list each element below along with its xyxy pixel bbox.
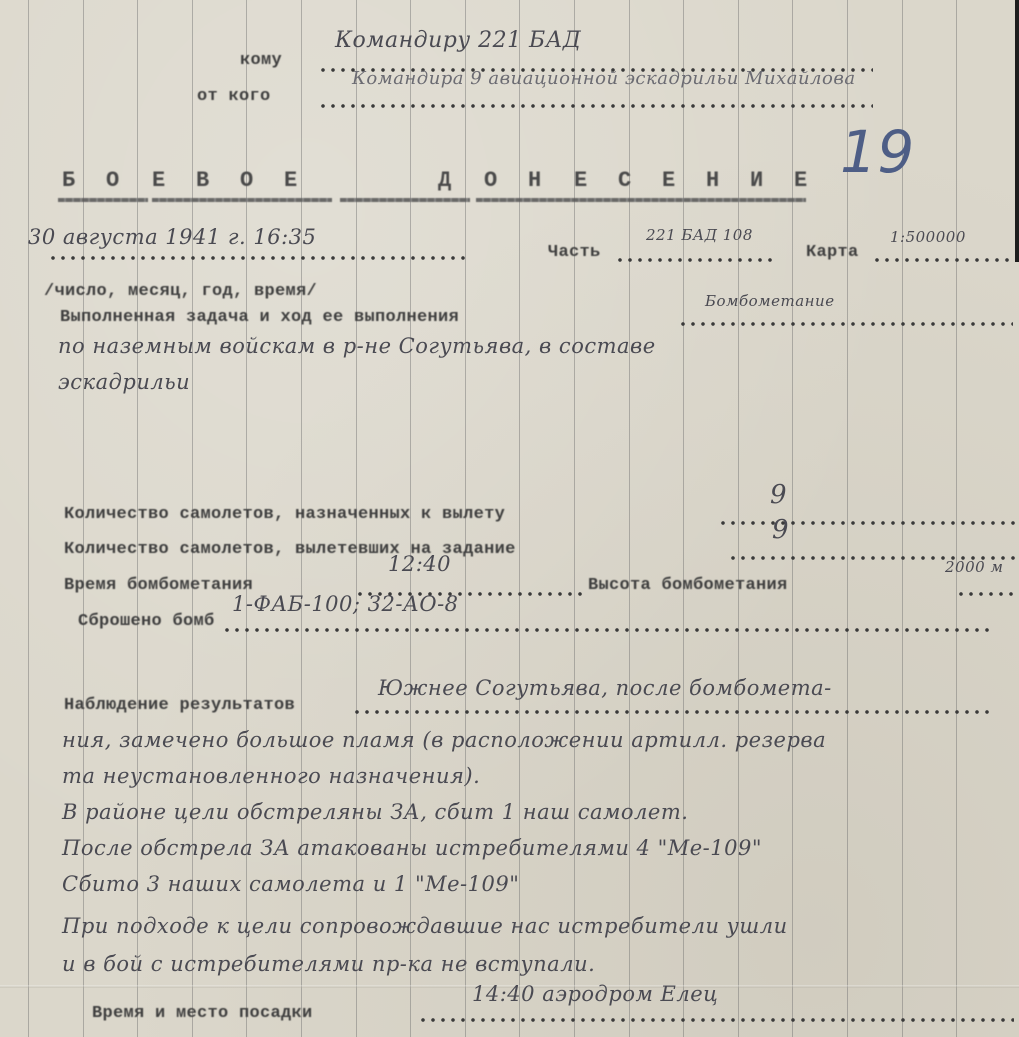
map-label: Карта [806,243,859,262]
task-value-line: по наземным войскам в р-не Согутьява, в … [58,334,656,358]
title-letter: Н [528,168,541,193]
title-letter: Д [438,168,451,193]
field-value: 9 [772,515,789,545]
unit-value: 221 БАД 108 [646,226,753,244]
bomb-time-value: 12:40 [388,552,451,576]
date-caption: /число, месяц, год, время/ [44,282,317,301]
observation-dots [352,710,992,714]
date-dots [48,256,466,260]
observation-label: Наблюдение результатов [64,696,295,715]
observation-line: и в бой с истребителями пр-ка не вступал… [62,952,595,976]
field-dots [718,521,1016,525]
landing-dots [418,1018,1014,1022]
ruled-line [629,0,630,1037]
map-value: 1:500000 [890,228,966,246]
observation-line: В районе цели обстреляны ЗА, сбит 1 наш … [62,800,688,824]
task-label: Выполненная задача и ход ее выполнения [60,308,459,327]
title-underline [152,198,332,202]
title-underline [58,198,148,202]
observation-line: После обстрела ЗА атакованы истребителям… [62,836,762,860]
bomb-altitude-dots [956,592,1016,596]
title-letter: О [484,168,497,193]
bombs-dropped-value: 1-ФАБ-100; 32-АО-8 [232,592,459,616]
landing-label: Время и место посадки [92,1004,313,1023]
field-label: Количество самолетов, назначенных к выле… [64,505,505,524]
ruled-line [683,0,684,1037]
bomb-altitude-label: Высота бомбометания [588,576,788,595]
title-letter: Е [794,168,807,193]
title-underline [340,198,470,202]
scan-edge [1015,0,1019,262]
from-label: от кого [197,87,271,106]
title-letter: О [106,168,119,193]
ruled-line [574,0,575,1037]
title-letter: И [750,168,763,193]
title-letter: Е [284,168,297,193]
title-letter: Е [574,168,587,193]
title-letter: Н [706,168,719,193]
title-letter: С [618,168,631,193]
observation-line: Южнее Согутьява, после бомбомета- [378,676,832,700]
title-letter: Б [62,168,75,193]
bomb-time-label: Время бомбометания [64,576,253,595]
page-number: 19 [840,118,915,186]
ruled-line [956,0,957,1037]
to-label: кому [240,51,282,70]
observation-line: При подходе к цели сопровождавшие нас ис… [62,914,788,938]
from-dots [318,104,873,108]
unit-dots [615,258,775,262]
unit-label: Часть [548,243,601,262]
task-value-line: эскадрильи [58,370,190,394]
task-value-line: Бомбометание [705,292,835,310]
observation-line: та неустановленного назначения). [62,764,480,788]
title-letter: О [240,168,253,193]
ruled-line [738,0,739,1037]
title-letter: Е [662,168,675,193]
from-value: Командира 9 авиационной эскадрильи Михай… [352,68,856,89]
bombs-dropped-dots [222,628,994,632]
field-value: 9 [770,480,787,510]
task-dots [678,322,1013,326]
landing-value: 14:40 аэродром Елец [472,982,718,1006]
bombs-dropped-label: Сброшено бомб [78,612,215,631]
title-underline [476,198,806,202]
ruled-line [792,0,793,1037]
map-dots [872,258,1012,262]
bomb-altitude-value: 2000 м [945,558,1003,576]
title-letter: В [196,168,209,193]
to-value: Командиру 221 БАД [335,28,581,53]
observation-line: ния, замечено большое пламя (в расположе… [62,728,826,752]
ruled-line [28,0,29,1037]
date-value: 30 августа 1941 г. 16:35 [28,225,316,249]
observation-line: Сбито 3 наших самолета и 1 "Ме-109" [62,872,519,896]
title-letter: Е [152,168,165,193]
